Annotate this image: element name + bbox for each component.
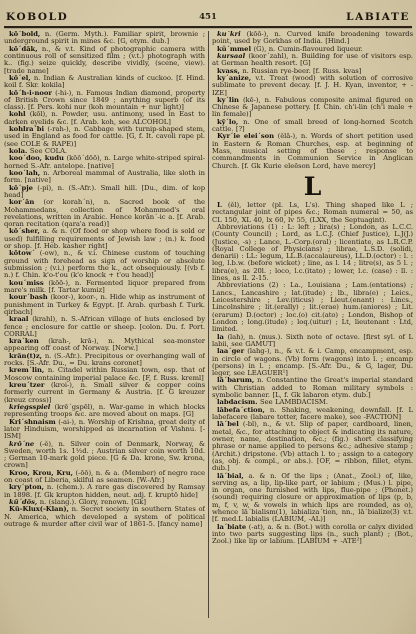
dictionary-entry: kō´bold, n. (Germ. Myth.). Familiar spir…	[4, 31, 205, 46]
page-number: 451	[6, 11, 410, 24]
entry-headword: kraal	[9, 315, 28, 323]
dictionary-entry: la (lah), n. (mus.). Sixth note of octav…	[212, 334, 413, 349]
dictionary-entry: kohlra´bi (-rah-), n. Cabbage with turni…	[4, 126, 205, 148]
entry-headword: kriegsspiel	[9, 403, 50, 411]
dictionary-entry: lā´bel (-bl), n., & v.t. Slip of paper, …	[212, 421, 413, 472]
entry-headword: lā´bial,	[217, 472, 244, 480]
dictionary-entry: la´biate (-at), a. & n. (Bot.) with coro…	[212, 524, 413, 546]
entry-headword: kohlra´bi	[9, 125, 44, 133]
entry-headword: kō´h-i-noor	[9, 89, 52, 97]
text-columns: kō´bold, n. (Germ. Myth.). Familiar spir…	[4, 31, 413, 624]
entry-headword: kōtow´	[9, 249, 35, 257]
entry-headword: kou´miss	[9, 279, 44, 287]
dictionary-entry: kōtow´ (-ow), n., & v.i. Chinese custom …	[4, 250, 205, 279]
entry-headword: L	[217, 201, 222, 209]
entry-headword: kō´bold,	[9, 31, 40, 38]
running-header: 451 KOBOLD LABIATE	[6, 11, 410, 24]
dictionary-entry: kohl (kōl), n. Powder, usu. antimony, us…	[4, 111, 205, 126]
dictionary-entry: kor´ăn (or korah´n), n. Sacred book of t…	[4, 199, 205, 228]
dictionary-entry: lā´bial, a. & n. Of the lips ; (Anat., Z…	[212, 473, 413, 524]
dictionary-entry: Kyr´ie elei´son (ĕlā-), n. Words of shor…	[212, 133, 413, 170]
entry-headword: kō´dăk,	[9, 45, 38, 53]
entry-headword: kursaal	[217, 52, 245, 60]
column-right: ku´kri (kōō-), n. Curved knife broadenin…	[212, 31, 413, 624]
entry-headword: kō´sher,	[9, 227, 40, 235]
abbreviations-paragraph: Abbreviations (1) : L: left ; lira(s) ; …	[212, 224, 413, 283]
dictionary-entry: ku´kri (kōō-), n. Curved knife broadenin…	[212, 31, 413, 46]
dictionary-entry: kō´sher, a. & n. (Of food or shop where …	[4, 228, 205, 250]
entry-headword: la	[217, 333, 224, 341]
entry-headword: kȳ´lo,	[217, 118, 238, 126]
dictionary-entry: krō´ne (-ĕ), n. Silver coin of Denmark, …	[4, 441, 205, 470]
dictionary-entry: L (ĕl), letter (pl. Ls, L's). Thing shap…	[212, 202, 413, 224]
entry-headword: krō´ne	[9, 440, 34, 448]
entry-headword: kreu´tzer	[9, 381, 44, 389]
entry-headword: la´biate	[217, 523, 246, 531]
dictionary-entry: kra´ken (krah-, krā-), n. Mythical sea-m…	[4, 338, 205, 353]
abbreviations-paragraph: Abbreviations (2) : La., Louisiana ; Lam…	[212, 282, 413, 333]
entry-headword: Kri´shnaism	[9, 418, 56, 426]
dictionary-entry: kō´h-i-noor (-hi-), n. Famous Indian dia…	[4, 90, 205, 112]
dictionary-entry: kō´el, n. Indian & Australian kinds of c…	[4, 75, 205, 90]
entry-headword: kohl	[9, 110, 26, 118]
entry-headword: kō´el,	[9, 74, 31, 82]
entry-headword: Kroo, Krou, Kru,	[9, 469, 73, 477]
header-rule	[4, 26, 412, 28]
entry-headword: ku´kri	[217, 31, 241, 38]
entry-headword: kry´pton,	[9, 483, 44, 491]
entry-headword: laa´ger	[217, 347, 244, 355]
dictionary-entry: koo´doo, kudu (kōō´dōō), n. Large white-…	[4, 155, 205, 170]
entry-headword: Kū-Klux(-Klan),	[9, 505, 69, 513]
dictionary-entry: kriegsspiel (krē´gspēl), n. War-game in …	[4, 404, 205, 419]
dictionary-entry: krem´lin, n. Citadel within Russian town…	[4, 367, 205, 382]
dictionary-entry: laa´ger (lahg-), n., & v.t. & i. Camp, e…	[212, 348, 413, 377]
entry-headword: lābefa´ction,	[217, 406, 265, 414]
entry-headword: koo´lah,	[9, 169, 40, 177]
section-letter: L	[212, 172, 413, 201]
dictionary-entry: lā´barum, n. Constantine the Great's imp…	[212, 377, 413, 399]
entry-headword: lā´bel	[217, 420, 239, 428]
dictionary-entry: Kū-Klux(-Klan), n. Secret society in sou…	[4, 506, 205, 528]
dictionary-page: 451 KOBOLD LABIATE kō´bold, n. (Germ. My…	[0, 0, 416, 634]
dictionary-entry: kry´pton, n. (chem.). A rare gas discove…	[4, 484, 205, 499]
dictionary-entry: Kri´shnaism (-ai-), n. Worship of Krishn…	[4, 419, 205, 441]
entry-headword: kour´bash	[9, 293, 48, 301]
column-left: kō´bold, n. (Germ. Myth.). Familiar spir…	[4, 31, 205, 624]
entry-headword: krăn(t)z,	[9, 352, 42, 360]
entry-headword: krem´lin,	[9, 366, 44, 374]
dictionary-entry: ky´anize, v.t. Treat (wood) with solutio…	[212, 75, 413, 97]
entry-headword: lā´barum,	[217, 376, 254, 384]
dictionary-entry: kursaal (koor´zahl), n. Building for use…	[212, 53, 413, 68]
dictionary-entry: koo´lah, n. Arboreal mammal of Australia…	[4, 170, 205, 185]
entry-headword: Kyr´ie elei´son	[217, 132, 274, 140]
entry-headword: kra´ken	[9, 337, 39, 345]
dictionary-entry: kraal (krahl), n. S.-African village of …	[4, 316, 205, 338]
entry-headword: kō´pje	[9, 184, 33, 192]
entry-headword: ky´anize,	[217, 74, 251, 82]
entry-headword: kor´ăn	[9, 198, 34, 206]
entry-headword: ky´lin	[217, 96, 239, 104]
dictionary-entry: ky´lin (kē-), n. Fabulous composite anim…	[212, 97, 413, 119]
column-divider	[208, 31, 209, 618]
dictionary-entry: kour´bash (koor-), koor-, n. Hide whip a…	[4, 294, 205, 316]
entry-headword: koo´doo, kudu	[9, 154, 64, 162]
dictionary-entry: kō´pje (-pĭ), n. (S.-Afr.). Small hill. …	[4, 185, 205, 200]
dictionary-entry: kō´dăk, n., & v.t. Kind of photographic …	[4, 46, 205, 75]
dictionary-entry: kreu´tzer (kroi-), n. Small silver & cop…	[4, 382, 205, 404]
